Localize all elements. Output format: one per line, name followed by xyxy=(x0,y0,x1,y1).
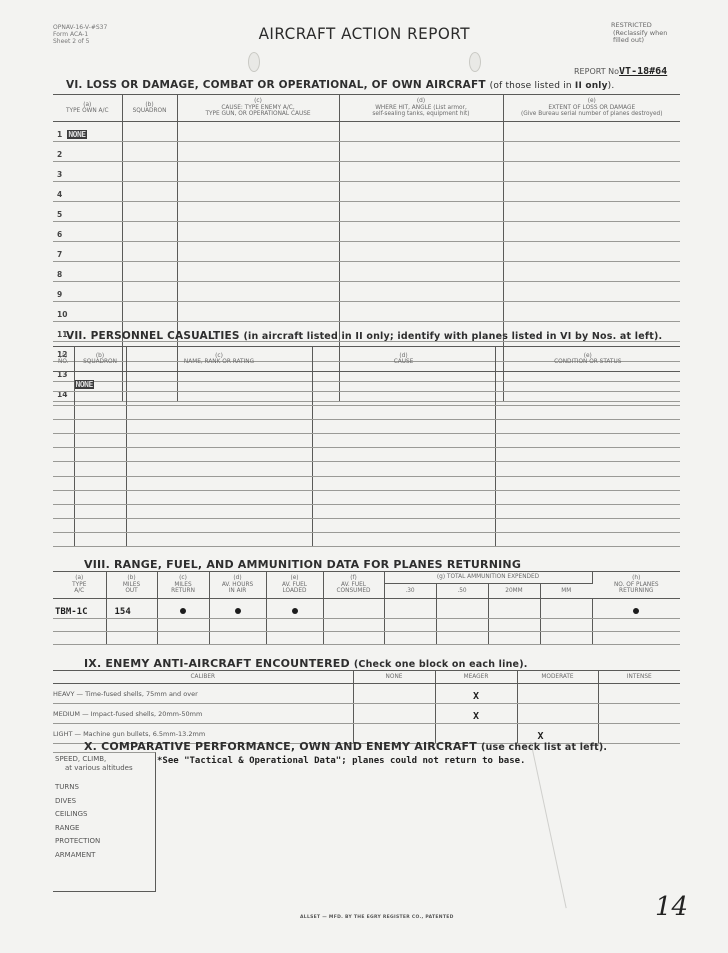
col-av-hours: (d)AV. HOURSIN AIR xyxy=(209,572,266,599)
cell-extent[interactable] xyxy=(503,302,680,322)
cell-caliber: HEAVY — Time-fused shells, 75mm and over xyxy=(53,684,353,704)
punch-hole-left xyxy=(248,52,260,72)
col-ammo-mm: MM xyxy=(540,584,592,599)
row-number: 4 xyxy=(53,190,62,199)
punch-hole-right xyxy=(469,52,481,72)
table-row xyxy=(53,490,680,504)
table-row: 1 NONE xyxy=(53,122,680,142)
row-number: 6 xyxy=(53,230,62,239)
cell-squadron[interactable]: NONE xyxy=(74,372,126,392)
filled-dot-icon xyxy=(633,608,639,614)
cell-cause[interactable] xyxy=(177,142,339,162)
cell-extent[interactable] xyxy=(503,282,680,302)
filled-dot-icon xyxy=(292,608,298,614)
cell-no[interactable] xyxy=(53,448,74,462)
cell-squadron[interactable] xyxy=(74,532,126,546)
table-row xyxy=(53,619,680,632)
col-type-own-ac: (a)TYPE OWN A/C xyxy=(53,95,122,122)
cell-av-hours[interactable] xyxy=(209,599,266,619)
checkbox-intense[interactable] xyxy=(598,704,680,724)
col-intense: INTENSE xyxy=(598,671,680,684)
cell-where-hit[interactable] xyxy=(339,122,503,142)
table-row: NONE xyxy=(53,372,680,392)
cell-squadron[interactable] xyxy=(122,202,177,222)
cell-no[interactable] xyxy=(53,372,74,392)
cell-where-hit[interactable] xyxy=(339,202,503,222)
cell-miles-return[interactable] xyxy=(157,619,209,632)
table-row xyxy=(53,420,680,434)
cell-extent[interactable] xyxy=(503,242,680,262)
cell-where-hit[interactable] xyxy=(339,182,503,202)
col-cause: (c)CAUSE: TYPE ENEMY A/C,TYPE GUN, OR OP… xyxy=(177,95,339,122)
table-row xyxy=(53,406,680,420)
col-moderate: MODERATE xyxy=(517,671,598,684)
subtitle-part: (of those listed in xyxy=(490,81,575,91)
cell-where-hit[interactable] xyxy=(339,282,503,302)
checkbox-none[interactable] xyxy=(353,704,435,724)
cell-squadron[interactable] xyxy=(122,262,177,282)
cell-squadron[interactable] xyxy=(122,282,177,302)
cell-squadron[interactable] xyxy=(74,476,126,490)
table-row: 3 xyxy=(53,162,680,182)
cell-av-hours[interactable] xyxy=(209,632,266,645)
cell-fuel-consumed[interactable] xyxy=(323,619,384,632)
cell-condition[interactable] xyxy=(495,448,680,462)
section-vii-heading: VII. PERSONNEL CASUALTIES xyxy=(66,330,240,342)
cell-miles-return[interactable] xyxy=(157,599,209,619)
cell-ammo-30[interactable] xyxy=(384,599,436,619)
table-row: MEDIUM — Impact-fused shells, 20mm-50mmX xyxy=(53,704,680,724)
cell-ammo-mm[interactable] xyxy=(540,619,592,632)
performance-checklist: SPEED, CLIMB, at various altitudes TURNS… xyxy=(53,752,156,892)
classification-line: filled out) xyxy=(611,37,667,45)
section-vi-heading: VI. LOSS OR DAMAGE, COMBAT OR OPERATIONA… xyxy=(66,79,486,91)
cell-cause[interactable] xyxy=(177,162,339,182)
checkbox-meager[interactable]: X xyxy=(435,704,517,724)
cell-cause[interactable] xyxy=(312,504,495,518)
cell-av-hours[interactable] xyxy=(209,619,266,632)
cell-condition[interactable] xyxy=(495,490,680,504)
cell-planes-returning[interactable] xyxy=(592,632,680,645)
cell-fuel-loaded[interactable] xyxy=(266,632,323,645)
cell-where-hit[interactable] xyxy=(339,222,503,242)
table-row xyxy=(53,476,680,490)
cell-squadron[interactable] xyxy=(74,434,126,448)
table-row: 5 xyxy=(53,202,680,222)
cell-cause[interactable] xyxy=(312,532,495,546)
cell-miles-out[interactable] xyxy=(106,619,157,632)
cell-miles-out[interactable] xyxy=(106,632,157,645)
cell-type-ac[interactable]: TBM-1C xyxy=(53,599,106,619)
checkbox-moderate[interactable] xyxy=(517,704,598,724)
checklist-item: DIVES xyxy=(55,795,153,809)
col-no: (a)NO. xyxy=(53,347,74,372)
cell-cause[interactable] xyxy=(312,476,495,490)
section-vi-subtitle: (of those listed in II only). xyxy=(490,81,615,91)
cell-cause[interactable] xyxy=(177,202,339,222)
row-number: 8 xyxy=(53,270,62,279)
filled-dot-icon xyxy=(180,608,186,614)
cell-squadron[interactable] xyxy=(122,182,177,202)
cell-squadron[interactable] xyxy=(74,504,126,518)
printer-imprint: ALLSET — MFD. BY THE EGRY REGISTER CO., … xyxy=(300,915,454,920)
table-row xyxy=(53,632,680,645)
cell-squadron[interactable] xyxy=(122,302,177,322)
checkbox-moderate[interactable] xyxy=(517,684,598,704)
row-number: 1 xyxy=(53,130,62,139)
page-number: 14 xyxy=(655,892,688,922)
col-miles-out: (b)MILESOUT xyxy=(106,572,157,599)
table-row xyxy=(53,518,680,532)
cell-extent[interactable] xyxy=(503,142,680,162)
cell-ammo-30[interactable] xyxy=(384,632,436,645)
cell-fuel-loaded[interactable] xyxy=(266,599,323,619)
cell-cause[interactable] xyxy=(177,122,339,142)
cell-squadron[interactable] xyxy=(74,518,126,532)
cell-squadron[interactable] xyxy=(74,490,126,504)
col-squadron: (b)SQUADRON xyxy=(122,95,177,122)
cell-extent[interactable] xyxy=(503,202,680,222)
cell-name-rank[interactable] xyxy=(126,532,312,546)
section-ix-title: IX. ENEMY ANTI-AIRCRAFT ENCOUNTERED (Che… xyxy=(84,657,528,670)
cell-type-own-ac[interactable]: 7 xyxy=(53,242,122,262)
checklist-item: PROTECTION xyxy=(55,835,153,849)
cell-condition[interactable] xyxy=(495,476,680,490)
cell-cause[interactable] xyxy=(312,420,495,434)
cell-cause[interactable] xyxy=(177,302,339,322)
table-row: 6 xyxy=(53,222,680,242)
cell-cause[interactable] xyxy=(312,462,495,476)
table-row: 7 xyxy=(53,242,680,262)
col-planes-returning: (h)NO. OF PLANESRETURNING xyxy=(592,572,680,599)
table-row xyxy=(53,392,680,406)
cell-type-own-ac[interactable]: 4 xyxy=(53,182,122,202)
performance-remark: *See "Tactical & Operational Data"; plan… xyxy=(157,756,525,766)
checklist-item: SPEED, CLIMB, xyxy=(55,755,153,764)
cell-no[interactable] xyxy=(53,392,74,406)
row-number: 5 xyxy=(53,210,62,219)
cell-planes-returning[interactable] xyxy=(592,619,680,632)
check-mark-icon: X xyxy=(473,691,479,702)
checkbox-meager[interactable]: X xyxy=(435,684,517,704)
cell-condition[interactable] xyxy=(495,434,680,448)
cell-no[interactable] xyxy=(53,476,74,490)
cell-ammo-mm[interactable] xyxy=(540,599,592,619)
cell-name-rank[interactable] xyxy=(126,448,312,462)
section-vii-subtitle: (in aircraft listed in II only; identify… xyxy=(243,331,662,342)
cell-extent[interactable] xyxy=(503,122,680,142)
cell-ammo-20mm[interactable] xyxy=(488,632,540,645)
cell-ammo-50[interactable] xyxy=(436,619,488,632)
cell-where-hit[interactable] xyxy=(339,142,503,162)
cell-no[interactable] xyxy=(53,518,74,532)
cell-cause[interactable] xyxy=(312,372,495,392)
checklist-item: TURNS xyxy=(55,781,153,795)
cell-squadron[interactable] xyxy=(122,242,177,262)
section-x-title: X. COMPARATIVE PERFORMANCE, OWN AND ENEM… xyxy=(84,740,607,753)
paper-crease xyxy=(530,742,566,908)
col-condition: (e)CONDITION OR STATUS xyxy=(495,347,680,372)
cell-squadron[interactable] xyxy=(74,406,126,420)
table-row: 2 xyxy=(53,142,680,162)
col-none: NONE xyxy=(353,671,435,684)
cell-fuel-consumed[interactable] xyxy=(323,632,384,645)
section-viii-title: VIII. RANGE, FUEL, AND AMMUNITION DATA F… xyxy=(84,558,521,571)
typed-value: NONE xyxy=(75,380,94,389)
table-row xyxy=(53,532,680,546)
cell-ammo-20mm[interactable] xyxy=(488,599,540,619)
cell-fuel-consumed[interactable] xyxy=(323,599,384,619)
section-vii-title: VII. PERSONNEL CASUALTIES (in aircraft l… xyxy=(66,330,662,342)
anti-aircraft-table: CALIBER NONE MEAGER MODERATE INTENSE HEA… xyxy=(53,670,680,744)
table-row xyxy=(53,448,680,462)
cell-name-rank[interactable] xyxy=(126,518,312,532)
range-fuel-ammo-table: (a)TYPEA/C (b)MILESOUT (c)MILESRETURN (d… xyxy=(53,571,680,645)
table-row: 9 xyxy=(53,282,680,302)
cell-name-rank[interactable] xyxy=(126,420,312,434)
section-ix-heading: IX. ENEMY ANTI-AIRCRAFT ENCOUNTERED xyxy=(84,657,350,670)
cell-type-own-ac[interactable]: 8 xyxy=(53,262,122,282)
cell-ammo-50[interactable] xyxy=(436,599,488,619)
section-vi-title: VI. LOSS OR DAMAGE, COMBAT OR OPERATIONA… xyxy=(66,79,614,91)
table-row: 10 xyxy=(53,302,680,322)
cell-condition[interactable] xyxy=(495,504,680,518)
cell-cause[interactable] xyxy=(312,406,495,420)
col-miles-return: (c)MILESRETURN xyxy=(157,572,209,599)
col-ammo-20mm: 20MM xyxy=(488,584,540,599)
cell-squadron[interactable] xyxy=(74,420,126,434)
cell-no[interactable] xyxy=(53,504,74,518)
cell-name-rank[interactable] xyxy=(126,392,312,406)
cell-name-rank[interactable] xyxy=(126,490,312,504)
cell-cause[interactable] xyxy=(177,182,339,202)
cell-extent[interactable] xyxy=(503,162,680,182)
table-row: HEAVY — Time-fused shells, 75mm and over… xyxy=(53,684,680,704)
cell-extent[interactable] xyxy=(503,182,680,202)
table-row: 4 xyxy=(53,182,680,202)
col-where-hit: (d)WHERE HIT, ANGLE (List armor,self-sea… xyxy=(339,95,503,122)
cell-condition[interactable] xyxy=(495,392,680,406)
cell-type-ac[interactable] xyxy=(53,619,106,632)
subtitle-part: II only xyxy=(575,81,608,91)
form-page: OPNAV-16-V-#S37 Form ACA-1 Sheet 2 of 5 … xyxy=(0,0,728,953)
col-name-rank: (c)NAME, RANK OR RATING xyxy=(126,347,312,372)
check-mark-icon: X xyxy=(473,711,479,722)
cell-cause[interactable] xyxy=(312,434,495,448)
cell-type-own-ac[interactable]: 2 xyxy=(53,142,122,162)
cell-miles-return[interactable] xyxy=(157,632,209,645)
checklist-item: CEILINGS xyxy=(55,808,153,822)
cell-squadron[interactable] xyxy=(122,222,177,242)
cell-condition[interactable] xyxy=(495,518,680,532)
table-row xyxy=(53,504,680,518)
cell-extent[interactable] xyxy=(503,222,680,242)
filled-dot-icon xyxy=(235,608,241,614)
cell-ammo-30[interactable] xyxy=(384,619,436,632)
cell-name-rank[interactable] xyxy=(126,476,312,490)
col-extent: (e)EXTENT OF LOSS OR DAMAGE(Give Bureau … xyxy=(503,95,680,122)
table-row xyxy=(53,434,680,448)
section-x-subtitle: (use check list at left). xyxy=(481,742,607,753)
cell-condition[interactable] xyxy=(495,372,680,392)
cell-squadron[interactable] xyxy=(122,162,177,182)
cell-extent[interactable] xyxy=(503,262,680,282)
cell-cause[interactable] xyxy=(312,448,495,462)
page-title-text: AIRCRAFT ACTION REPORT xyxy=(258,24,469,43)
table-row xyxy=(53,462,680,476)
section-ix-subtitle: (Check one block on each line). xyxy=(354,659,528,670)
cell-where-hit[interactable] xyxy=(339,262,503,282)
cell-type-own-ac[interactable]: 1 NONE xyxy=(53,122,122,142)
cell-ammo-mm[interactable] xyxy=(540,632,592,645)
cell-fuel-loaded[interactable] xyxy=(266,619,323,632)
table-row: 8 xyxy=(53,262,680,282)
cell-cause[interactable] xyxy=(177,222,339,242)
cell-miles-out[interactable]: 154 xyxy=(106,599,157,619)
checklist-item: at various altitudes xyxy=(55,764,153,773)
typed-value: TBM-1C xyxy=(55,607,88,617)
col-fuel-loaded: (e)AV. FUELLOADED xyxy=(266,572,323,599)
row-number: 3 xyxy=(53,170,62,179)
cell-type-own-ac[interactable]: 5 xyxy=(53,202,122,222)
cell-ammo-50[interactable] xyxy=(436,632,488,645)
col-ammo-50: .50 xyxy=(436,584,488,599)
cell-condition[interactable] xyxy=(495,406,680,420)
col-squadron: (b)SQUADRON xyxy=(74,347,126,372)
checkbox-intense[interactable] xyxy=(598,724,680,744)
row-number: 7 xyxy=(53,250,62,259)
col-cause: (d)CAUSE xyxy=(312,347,495,372)
personnel-casualties-table: (a)NO. (b)SQUADRON (c)NAME, RANK OR RATI… xyxy=(53,346,680,547)
typed-value: NONE xyxy=(67,130,86,139)
cell-squadron[interactable] xyxy=(74,448,126,462)
checkbox-none[interactable] xyxy=(353,684,435,704)
cell-squadron[interactable] xyxy=(122,122,177,142)
cell-type-own-ac[interactable]: 10 xyxy=(53,302,122,322)
cell-squadron[interactable] xyxy=(74,392,126,406)
cell-condition[interactable] xyxy=(495,532,680,546)
cell-no[interactable] xyxy=(53,434,74,448)
cell-no[interactable] xyxy=(53,490,74,504)
cell-caliber: MEDIUM — Impact-fused shells, 20mm-50mm xyxy=(53,704,353,724)
cell-type-ac[interactable] xyxy=(53,632,106,645)
cell-where-hit[interactable] xyxy=(339,302,503,322)
table-row: TBM-1C154 xyxy=(53,599,680,619)
cell-type-own-ac[interactable]: 3 xyxy=(53,162,122,182)
cell-where-hit[interactable] xyxy=(339,162,503,182)
cell-cause[interactable] xyxy=(312,392,495,406)
col-caliber: CALIBER xyxy=(53,671,353,684)
cell-name-rank[interactable] xyxy=(126,406,312,420)
cell-condition[interactable] xyxy=(495,420,680,434)
checkbox-intense[interactable] xyxy=(598,684,680,704)
col-ammo-30: .30 xyxy=(384,584,436,599)
cell-type-own-ac[interactable]: 6 xyxy=(53,222,122,242)
cell-name-rank[interactable] xyxy=(126,372,312,392)
row-number: 10 xyxy=(53,310,67,319)
checklist-item: ARMAMENT xyxy=(55,849,153,863)
col-meager: MEAGER xyxy=(435,671,517,684)
col-type-ac: (a)TYPEA/C xyxy=(53,572,106,599)
report-number: REPORT NoVT-18#64 xyxy=(574,66,667,77)
cell-no[interactable] xyxy=(53,462,74,476)
row-number: 9 xyxy=(53,290,62,299)
cell-cause[interactable] xyxy=(177,242,339,262)
cell-name-rank[interactable] xyxy=(126,462,312,476)
cell-no[interactable] xyxy=(53,532,74,546)
row-number: 2 xyxy=(53,150,62,159)
checklist-item: RANGE xyxy=(55,822,153,836)
typed-value: 154 xyxy=(115,607,131,617)
cell-cause[interactable] xyxy=(177,262,339,282)
cell-squadron[interactable] xyxy=(122,142,177,162)
cell-squadron[interactable] xyxy=(74,462,126,476)
cell-name-rank[interactable] xyxy=(126,504,312,518)
report-number-value: VT-18#64 xyxy=(619,66,667,77)
col-fuel-consumed: (f)AV. FUELCONSUMED xyxy=(323,572,384,599)
cell-planes-returning[interactable] xyxy=(592,599,680,619)
cell-where-hit[interactable] xyxy=(339,242,503,262)
classification-stamp: RESTRICTED (Reclassify when filled out) xyxy=(611,22,667,45)
cell-no[interactable] xyxy=(53,406,74,420)
cell-condition[interactable] xyxy=(495,462,680,476)
cell-cause[interactable] xyxy=(312,518,495,532)
cell-type-own-ac[interactable]: 9 xyxy=(53,282,122,302)
col-total-ammo: (g) TOTAL AMMUNITION EXPENDED xyxy=(384,572,592,584)
subtitle-part: ). xyxy=(608,81,615,91)
cell-cause[interactable] xyxy=(177,282,339,302)
cell-cause[interactable] xyxy=(312,490,495,504)
cell-ammo-20mm[interactable] xyxy=(488,619,540,632)
cell-name-rank[interactable] xyxy=(126,434,312,448)
cell-no[interactable] xyxy=(53,420,74,434)
report-number-label: REPORT No xyxy=(574,67,619,76)
